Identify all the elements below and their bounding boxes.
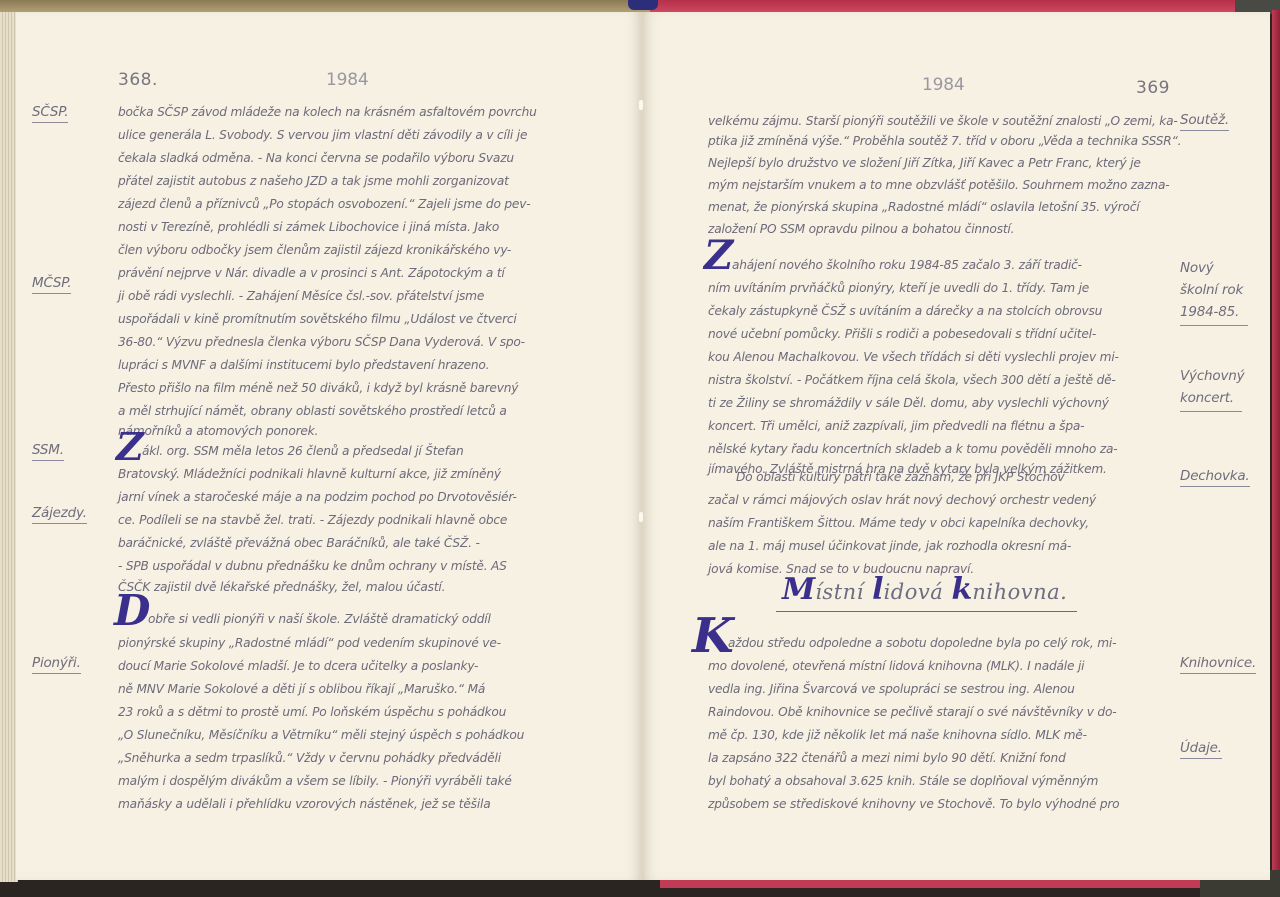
text-line: nové učební pomůcky. Přišli s rodiči a p… (708, 327, 1096, 341)
text-line: mo dovolené, otevřená místní lidová knih… (708, 659, 1084, 673)
text-line: obře si vedli pionýři v naší škole. Zvlá… (148, 612, 491, 626)
text-line: právění nejprve v Nár. divadle a v prosi… (118, 266, 505, 280)
text-line: baráčnické, zvláště převážná obec Baráčn… (118, 536, 480, 550)
text-line: - SPB uspořádal v dubnu přednášku ke dnů… (118, 559, 507, 573)
text-line: ji obě rádi vyslechli. - Zahájení Měsíce… (118, 289, 484, 303)
text-line: ákl. org. SSM měla letos 26 členů a před… (142, 444, 464, 458)
margin-note-soutez: Soutěž. (1180, 112, 1229, 131)
bookmark-ribbon (628, 0, 658, 10)
text-line: přátel zajistit autobus z našeho JZD a t… (118, 174, 509, 188)
text-line: ulice generála L. Svobody. S vervou jim … (118, 128, 527, 142)
text-line: menat, že pionýrská skupina „Radostné ml… (708, 200, 1139, 214)
text-line: lupráci s MVNF a dalšími institucemi byl… (118, 358, 489, 372)
text-line: Nejlepší bylo družstvo ve složení Jiří Z… (708, 156, 1141, 170)
text-line: kou Alenou Machalkovou. Ve všech třídách… (708, 350, 1119, 364)
margin-note-knihovnice: Knihovnice. (1180, 655, 1256, 674)
text-line: uspořádali v kině promítnutím sovětského… (118, 312, 517, 326)
text-line: způsobem se střediskové knihovny ve Stoc… (708, 797, 1119, 811)
text-line: 36-80.“ Výzvu přednesla členka výboru SČ… (118, 335, 525, 349)
margin-note-ssm: SSM. (32, 442, 64, 461)
text-line: založení PO SSM opravdu pilnou a bohatou… (708, 222, 1014, 236)
text-line: aždou středu odpoledne a sobotu dopoledn… (728, 636, 1116, 650)
year-header-right: 1984 (922, 75, 964, 95)
text-line: pionýrské skupiny „Radostné mládí“ pod v… (118, 636, 501, 650)
text-line: mým nejstarším vnukem a to mne obzvlášť … (708, 178, 1169, 192)
text-line: naším Františkem Šittou. Máme tedy v obc… (708, 516, 1089, 530)
text-line: bočka SČSP závod mládeže na kolech na kr… (118, 105, 537, 119)
text-line: la zapsáno 322 čtenářů a mezi nimi bylo … (708, 751, 1066, 765)
margin-note-scsp: SČSP. (32, 104, 68, 123)
text-line: nosti v Terezíně, prohlédli si zámek Lib… (118, 220, 499, 234)
text-line: „Sněhurka a sedm trpaslíků.“ Vždy v červ… (118, 751, 501, 765)
text-line: maňásky a udělali i přehlídku vzorových … (118, 797, 490, 811)
book-bottom-edge (660, 880, 1200, 888)
text-line: 23 roků a s dětmi to prostě umí. Po loňs… (118, 705, 506, 719)
text-line: velkému zájmu. Starší pionýři soutěžili … (708, 114, 1178, 128)
text-line: ale na 1. máj musel účinkovat jinde, jak… (708, 539, 1071, 553)
text-line: začal v rámci májových oslav hrát nový d… (708, 493, 1096, 507)
text-line: nistra školství. - Počátkem října celá š… (708, 373, 1116, 387)
year-header-left: 1984 (326, 70, 368, 90)
text-line: byl bohatý a obsahoval 3.625 knih. Stále… (708, 774, 1098, 788)
margin-note-zajezdy: Zájezdy. (32, 505, 87, 524)
margin-note-dechovka: Dechovka. (1180, 468, 1250, 487)
text-line: „O Slunečníku, Měsíčníku a Větrníku“ měl… (118, 728, 524, 742)
text-line: koncert. Tři umělci, aniž zazpívali, jim… (708, 419, 1084, 433)
page-number-left: 368. (118, 70, 158, 90)
text-line: vedla ing. Jiřina Švarcová ve spolupráci… (708, 682, 1075, 696)
text-line: a měl strhující námět, obrany oblasti so… (118, 404, 507, 418)
margin-note-mcsp: MČSP. (32, 275, 71, 294)
text-line: člen výboru odbočky jsem členům zajistil… (118, 243, 511, 257)
open-book-photo: 368. 1984 SČSP. MČSP. SSM. Zájezdy. Pion… (0, 0, 1280, 897)
binding-stitch (639, 100, 643, 110)
text-line: Do oblasti kultury patří také záznam, že… (736, 470, 1064, 484)
margin-note-novy-skolni-rok: Nový školní rok 1984-85. (1180, 257, 1248, 326)
text-line: ním uvítáním prvňáčků pionýry, kteří je … (708, 281, 1089, 295)
text-line: ně MNV Marie Sokolové a děti jí s oblibo… (118, 682, 485, 696)
binding-stitch (639, 512, 643, 522)
decorated-initial: Z (704, 232, 733, 279)
heading-cap: M (782, 572, 815, 607)
text-line: ahájení nového školního roku 1984-85 zač… (732, 258, 1082, 272)
book-cover-edge (1272, 10, 1280, 897)
text-line: mě čp. 130, kde již několik let má naše … (708, 728, 1087, 742)
text-line: zájezd členů a příznivců „Po stopách osv… (118, 197, 530, 211)
heading-cap: k (952, 572, 973, 607)
margin-note-pionyri: Pionýři. (32, 655, 81, 674)
heading-word: nihovna. (972, 580, 1067, 604)
text-line: čekala sladká odměna. - Na konci června … (118, 151, 514, 165)
text-line: jarní vínek a staročeské máje a na podzi… (118, 490, 517, 504)
decorated-initial: Z (116, 424, 144, 469)
book-gutter (640, 12, 642, 880)
text-line: ce. Podíleli se na stavbě žel. trati. - … (118, 513, 507, 527)
text-line: ptika již zmíněná výše.“ Proběhla soutěž… (708, 134, 1181, 148)
text-line: námořníků a atomových ponorek. (118, 424, 318, 438)
heading-word: idová (884, 580, 944, 604)
margin-note-udaje: Údaje. (1180, 740, 1222, 759)
text-line: ti ze Žiliny se shromáždily v sále Děl. … (708, 396, 1109, 410)
text-line: Přesto přišlo na film méně než 50 diváků… (118, 381, 518, 395)
page-number-right: 369 (1136, 78, 1170, 98)
text-line: Bratovský. Mládežníci podnikali hlavně k… (118, 467, 501, 481)
margin-note-vychovny-koncert: Výchovný koncert. (1180, 365, 1242, 412)
text-line: malým i dospělým divákům a všem se líbil… (118, 774, 512, 788)
heading-word: ístní (815, 580, 864, 604)
text-line: doucí Marie Sokolové mladší. Je to dcera… (118, 659, 478, 673)
heading-cap: l (872, 572, 883, 607)
text-line: ČSČK zajistil dvě lékařské přednášky, že… (118, 580, 445, 594)
text-line: nělské kytary řadu koncertních skladeb a… (708, 442, 1118, 456)
text-line: čekaly zástupkyně ČSŽ s uvítáním a dáreč… (708, 304, 1102, 318)
decorated-initial: D (114, 586, 150, 635)
text-line: Raindovou. Obě knihovnice se pečlivě sta… (708, 705, 1116, 719)
section-heading-mistni-lidova-knihovna: Místní lidová knihovna. (776, 572, 1077, 612)
